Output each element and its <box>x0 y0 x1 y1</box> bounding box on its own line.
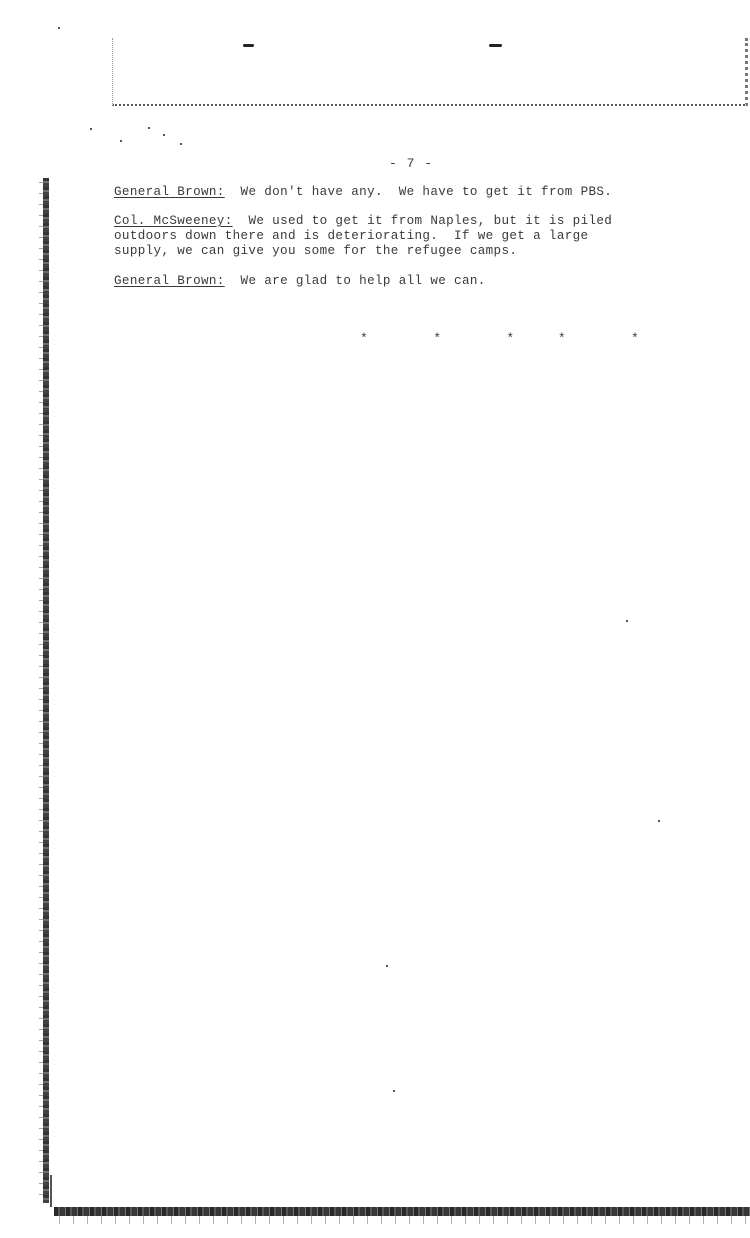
scan-speck <box>386 965 388 967</box>
scan-mark <box>243 44 254 47</box>
dialogue-line: supply, we can give you some for the ref… <box>114 244 517 258</box>
scan-speck <box>148 127 150 129</box>
section-break-asterisks: * * * * * <box>360 331 520 346</box>
page-number: - 7 - <box>386 156 436 171</box>
dialogue-paragraph: Col. McSweeney: We used to get it from N… <box>114 214 694 259</box>
scan-speck <box>163 134 165 136</box>
scan-mark <box>489 44 502 47</box>
page-bottom-edge <box>54 1207 750 1216</box>
dialogue-line: outdoors down there and is deteriorating… <box>114 229 588 243</box>
dialogue-line: We are glad to help all we can. <box>241 274 486 288</box>
speaker-name: General Brown: <box>114 274 225 288</box>
speaker-name: Col. McSweeney: <box>114 214 233 228</box>
page-corner <box>50 1175 52 1207</box>
scan-speck <box>393 1090 395 1092</box>
previous-page-strip <box>112 38 748 106</box>
dialogue-paragraph: General Brown: We don't have any. We hav… <box>114 185 694 200</box>
dialogue-line: We don't have any. We have to get it fro… <box>241 185 613 199</box>
scan-speck <box>180 143 182 145</box>
scan-speck <box>58 27 60 29</box>
scan-speck <box>120 140 122 142</box>
scan-speck <box>658 820 660 822</box>
scan-speck <box>626 620 628 622</box>
dialogue-line: We used to get it from Naples, but it is… <box>248 214 612 228</box>
scan-speck <box>90 128 92 130</box>
speaker-name: General Brown: <box>114 185 225 199</box>
dialogue-paragraph: General Brown: We are glad to help all w… <box>114 274 694 289</box>
page-left-edge <box>43 178 49 1203</box>
